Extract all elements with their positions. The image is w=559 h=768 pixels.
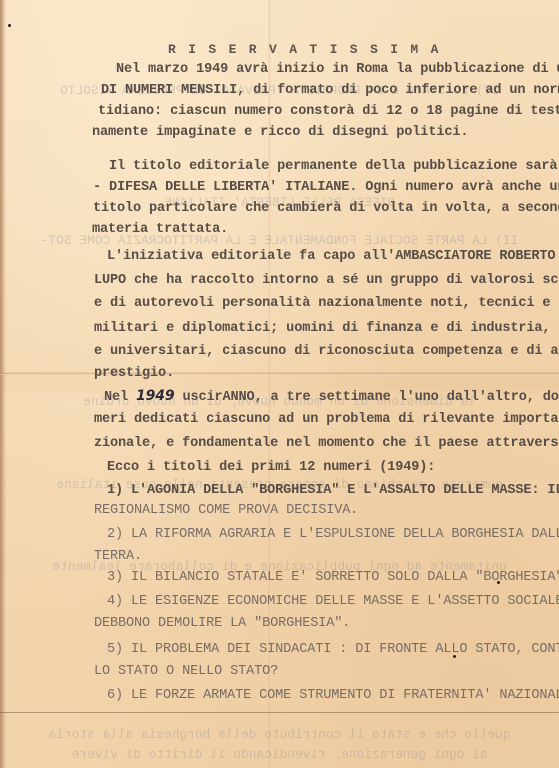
list-number: 2) [107, 527, 123, 542]
list-item: 3) IL BILANCIO STATALE E' SORRETTO SOLO … [107, 570, 559, 586]
text-line: Il titolo editoriale permanente della pu… [109, 159, 559, 175]
list-text: L'AGONIA DELLA "BORGHESIA" E L'ASSALTO D… [131, 483, 559, 498]
list-item: 6) LE FORZE ARMATE COME STRUMENTO DI FRA… [107, 688, 559, 704]
list-text: LE ESIGENZE ECONOMICHE DELLE MASSE E L'A… [131, 594, 559, 609]
handwritten-year: 1949 [136, 388, 174, 404]
list-number: 6) [107, 688, 123, 703]
list-text: IL PROBLEMA DEI SINDACATI : DI FRONTE AL… [131, 642, 559, 657]
text-line: materia trattata. [92, 222, 228, 238]
list-number: 1) [107, 483, 123, 498]
list-text: LA RIFORMA AGRARIA E L'ESPULSIONE DELLA … [131, 527, 559, 542]
text-fragment: Nel [104, 390, 128, 405]
text-line: titolo particolare che cambierà di volta… [93, 201, 559, 217]
text-line: DI NUMERI MENSILI, di formato di poco in… [101, 83, 559, 99]
ink-speck [453, 655, 456, 658]
ink-speck [497, 581, 500, 584]
text-line: Nel marzo 1949 avrà inizio in Roma la pu… [116, 62, 559, 78]
list-item: 2) LA RIFORMA AGRARIA E L'ESPULSIONE DEL… [107, 527, 559, 543]
list-item-continuation: LO STATO O NELLO STATO? [94, 664, 278, 680]
list-item-continuation: TERRA. [94, 549, 142, 565]
list-item: 1) L'AGONIA DELLA "BORGHESIA" E L'ASSALT… [107, 483, 559, 499]
text-line: - DIFESA DELLE LIBERTA' ITALIANE. Ogni n… [93, 180, 559, 196]
list-number: 4) [107, 594, 123, 609]
text-line: e universitari, ciascuno di riconosciuta… [94, 344, 559, 360]
text-line: Ecco i titoli dei primi 12 numeri (1949)… [107, 460, 435, 476]
text-line: prestigio. [94, 366, 174, 382]
text-line: L'iniziativa editoriale fa capo all'AMBA… [107, 249, 559, 265]
list-text: IL BILANCIO STATALE E' SORRETTO SOLO DAL… [131, 570, 559, 585]
text-fragment: uscirANNO, a tre settimane l'uno dall'al… [182, 390, 559, 405]
text-line: LUPO che ha raccolto intorno a sé un gru… [94, 273, 559, 289]
text-line: zionale, e fondamentale nel momento che … [94, 436, 559, 452]
list-number: 3) [107, 570, 123, 585]
list-text: LE FORZE ARMATE COME STRUMENTO DI FRATER… [131, 688, 559, 703]
text-line: tidiano: ciascun numero constorà di 12 o… [98, 104, 559, 120]
list-number: 5) [107, 642, 123, 657]
list-item: 5) IL PROBLEMA DEI SINDACATI : DI FRONTE… [107, 642, 559, 658]
text-line: namente impaginate e ricco di disegni po… [92, 125, 468, 141]
text-line: meri dedicati ciascuno ad un problema di… [94, 412, 559, 428]
text-line: e di autorevoli personalità nazionalment… [94, 296, 559, 312]
list-item: 4) LE ESIGENZE ECONOMICHE DELLE MASSE E … [107, 594, 559, 610]
document-heading: RISERVATISSIMA [168, 42, 451, 57]
text-line: militari e diplomatici; uomini di finanz… [94, 321, 559, 337]
text-line: Nel 1949 uscirANNO, a tre settimane l'un… [104, 388, 559, 406]
list-item-continuation: REGIONALISMO COME PROVA DECISIVA. [94, 503, 358, 519]
list-item-continuation: DEBBONO DEMOLIRE LA "BORGHESIA". [94, 616, 350, 632]
ink-speck [8, 24, 11, 27]
typewritten-letter: RISERVATISSIMA Nel marzo 1949 avrà inizi… [0, 0, 559, 768]
